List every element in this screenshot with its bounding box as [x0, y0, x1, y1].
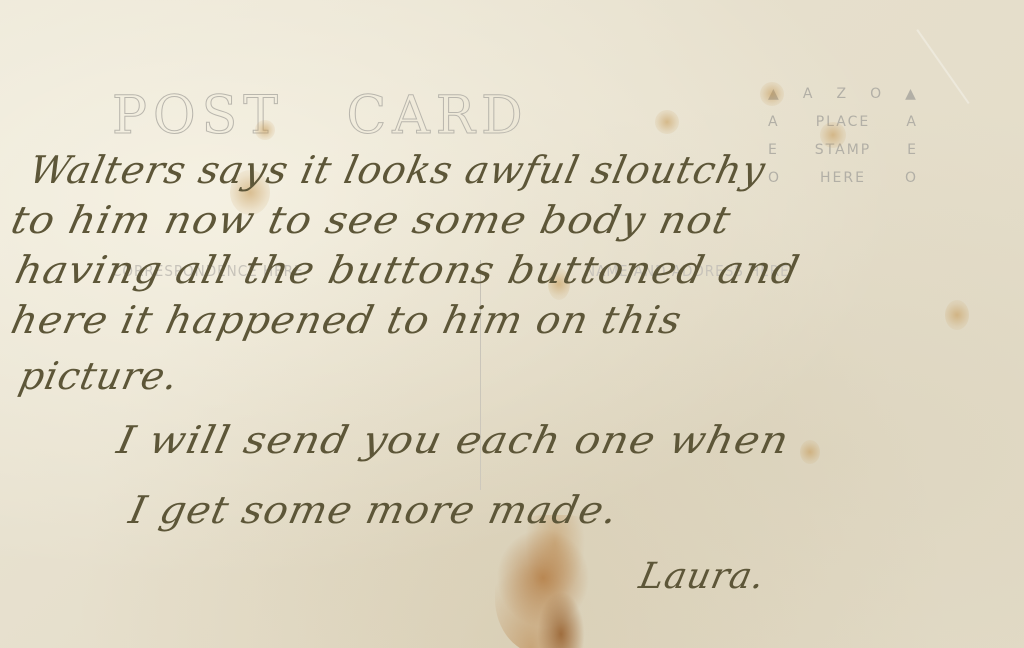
stamp-box-row: O HERE O — [768, 164, 918, 192]
stain-spot — [945, 300, 969, 330]
handwritten-line: I get some more made. — [125, 488, 622, 532]
stain-spot — [760, 82, 784, 106]
stamp-box-mark: O — [870, 80, 883, 108]
stamp-box-mark: ▲ — [905, 80, 918, 108]
stamp-box-mark: A — [906, 108, 918, 136]
stamp-box-mark: A — [803, 80, 815, 108]
corner-crease — [916, 0, 1024, 104]
post-card-heading: POST CARD — [112, 86, 529, 146]
stain-spot — [255, 120, 275, 140]
stamp-box-mark: O — [905, 164, 918, 192]
handwritten-line: picture. — [15, 354, 183, 398]
signature: Laura. — [636, 556, 769, 597]
stamp-box-mark: E — [768, 136, 779, 164]
stain-spot — [820, 122, 846, 148]
stain-spot — [655, 110, 679, 134]
stamp-box-mark: O — [768, 164, 781, 192]
handwritten-line: having all the buttons buttoned and — [11, 248, 804, 292]
stamp-box-top-row: ▲ A Z O ▲ — [768, 80, 918, 108]
handwritten-line: Walters says it looks awful sloutchy — [25, 148, 770, 192]
handwritten-line: I will send you each one when — [113, 418, 793, 462]
large-water-stain — [495, 515, 615, 648]
stamp-box-mark: E — [907, 136, 918, 164]
postcard-back: POST CARD ▲ A Z O ▲ A PLACE A E STAMP E … — [0, 0, 1024, 648]
stamp-box-mark: Z — [836, 80, 848, 108]
stain-spot — [800, 440, 820, 464]
stamp-box-here-text: HERE — [820, 164, 866, 192]
handwritten-line: to him now to see some body not — [7, 198, 735, 242]
stamp-box-mark: A — [768, 108, 780, 136]
handwritten-line: here it happened to him on this — [7, 298, 686, 342]
